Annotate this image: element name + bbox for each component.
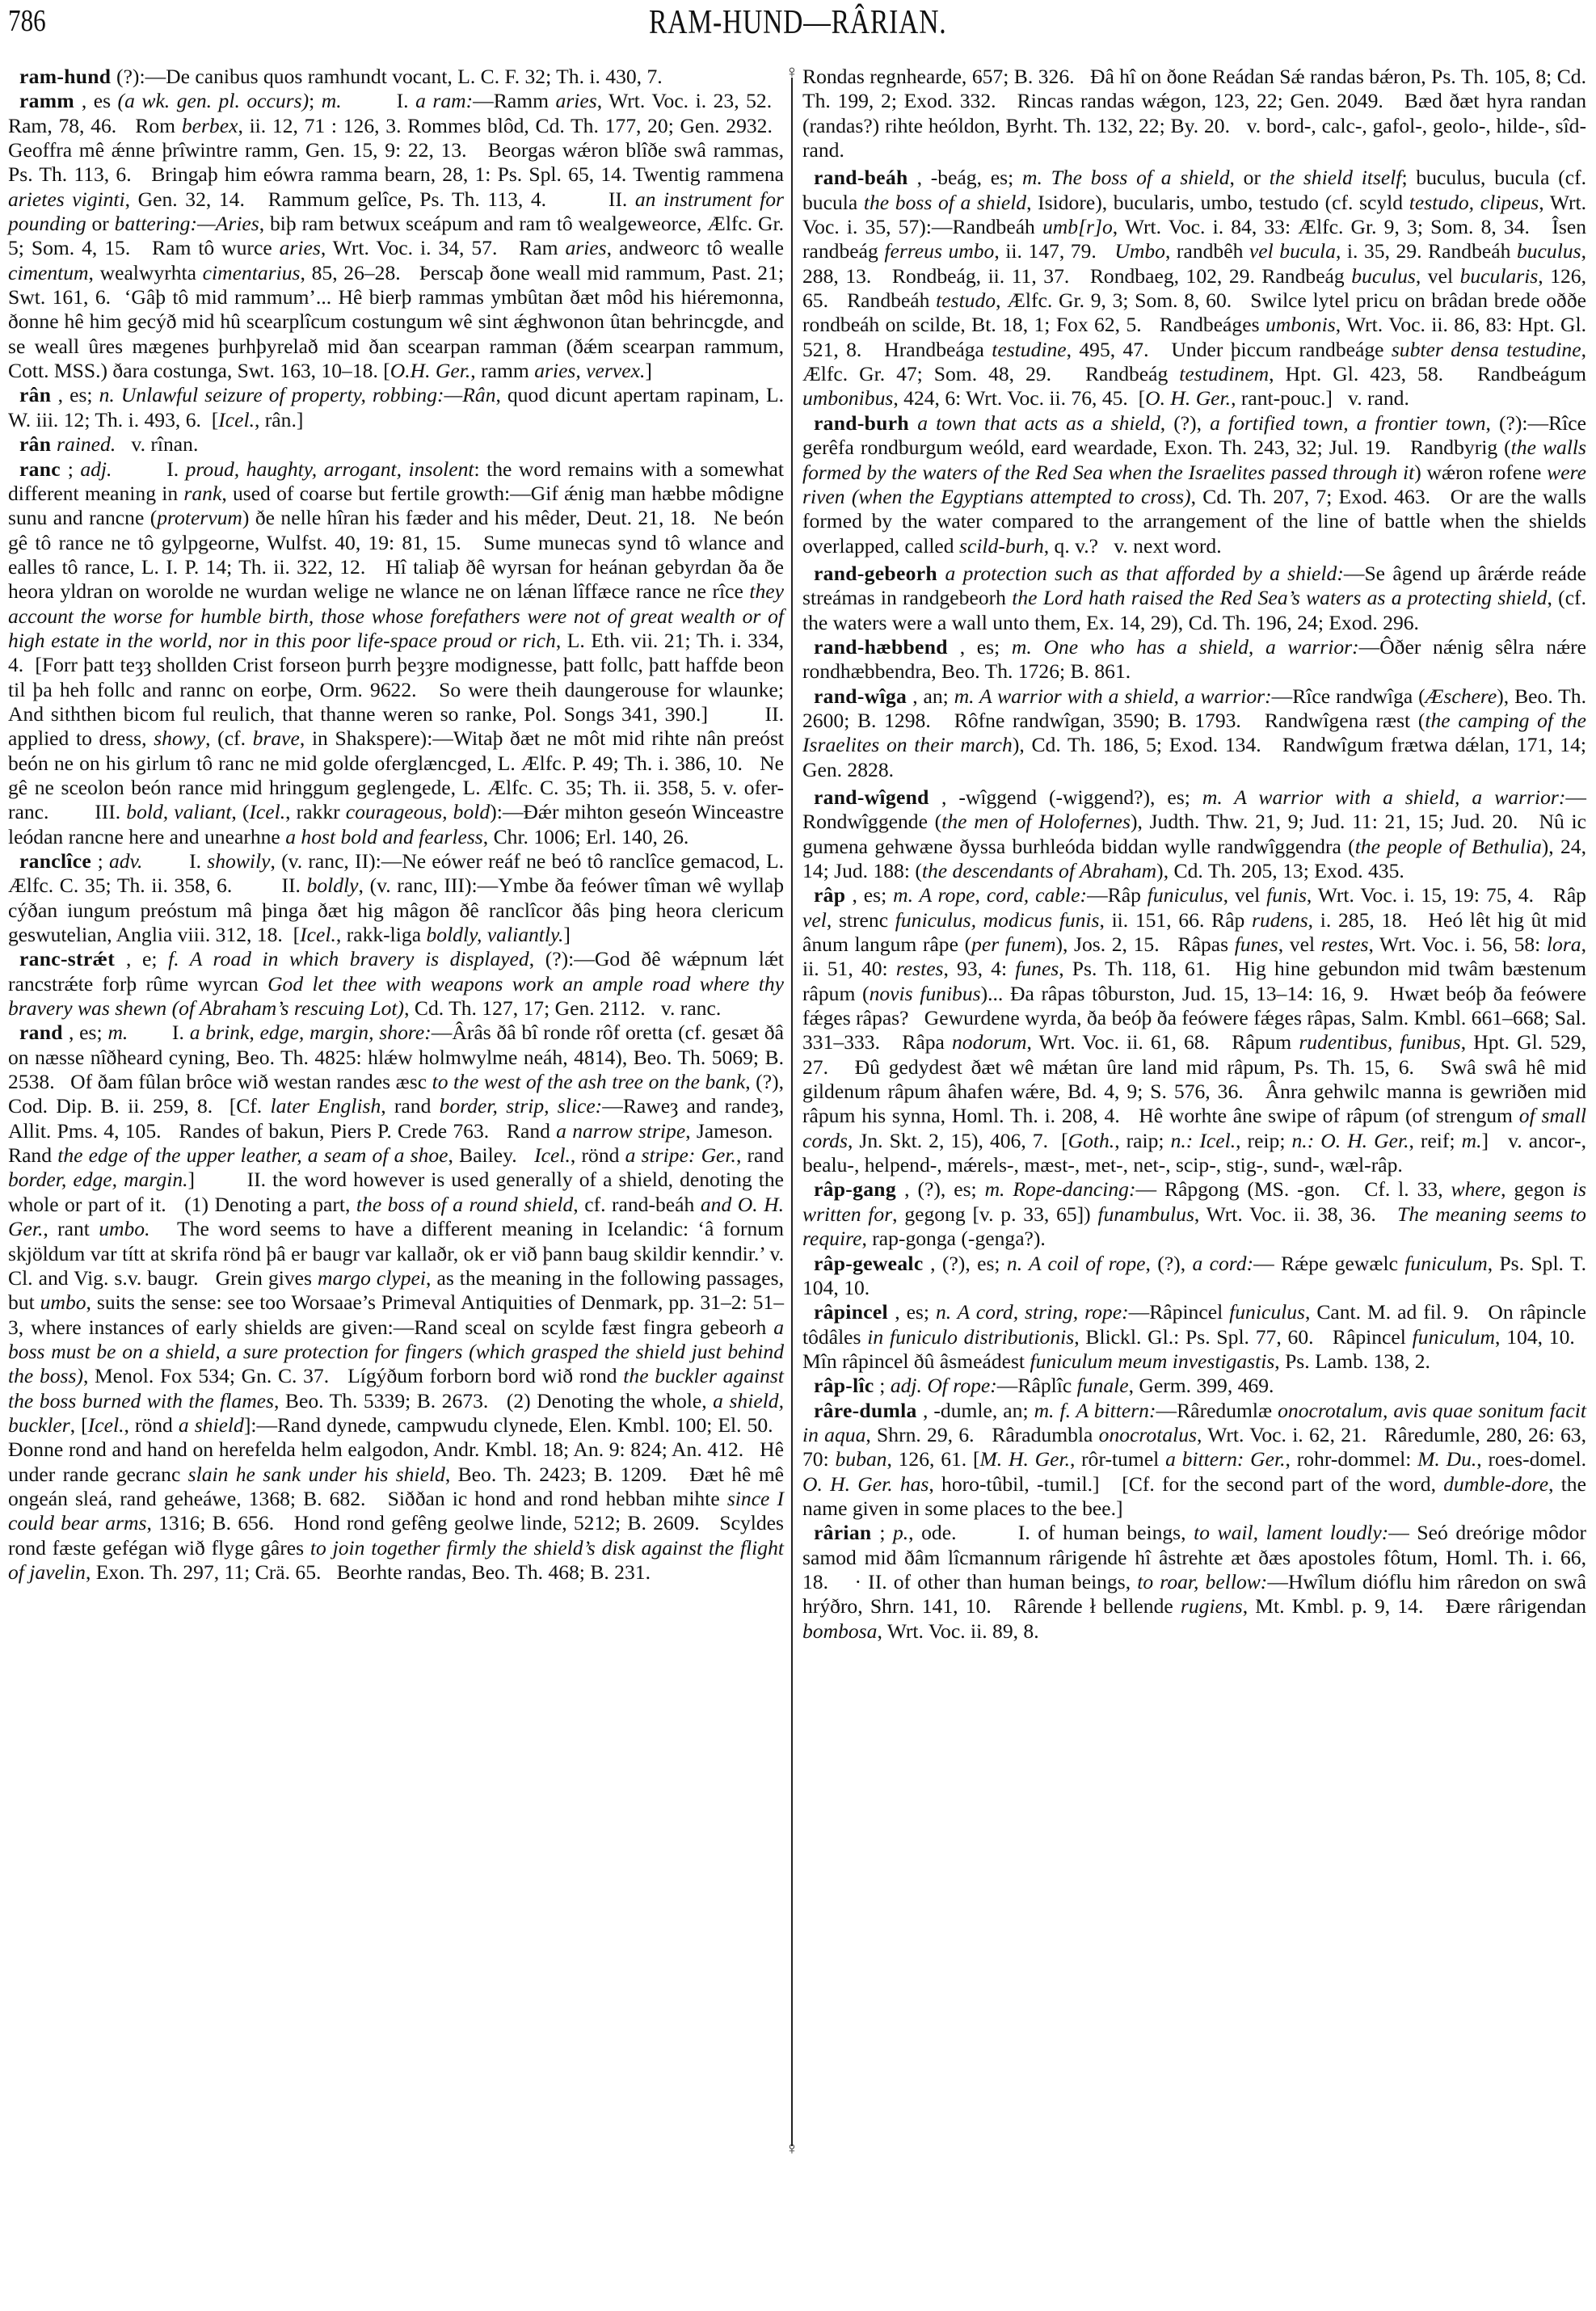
gloss-italic: showily xyxy=(207,849,270,873)
gloss-italic: adv. xyxy=(109,849,142,873)
gloss-italic: buban xyxy=(835,1447,886,1471)
gloss-italic: the people of Bethulia xyxy=(1355,835,1542,858)
gloss-italic: umb[r]o xyxy=(1042,215,1113,238)
gloss-italic: O.H. Ger. xyxy=(390,359,471,382)
gloss-italic: adj. Of rope: xyxy=(891,1374,997,1397)
gloss-italic: M. H. Ger. xyxy=(979,1447,1070,1471)
dictionary-entry: rand-burh a town that acts as a shield, … xyxy=(802,411,1586,558)
entry-text: , Hpt. Gl. 423, 58. Randbeágum xyxy=(1269,362,1586,385)
headword: rand-wîgend xyxy=(814,785,941,809)
entry-text: ), Cd. Th. 205, 13; Exod. 435. xyxy=(1156,859,1404,882)
gloss-italic: a fortified town, a frontier town xyxy=(1210,411,1485,435)
gloss-italic: restes xyxy=(1321,932,1369,956)
entry-text: ) wǽron rofene xyxy=(1414,461,1547,484)
entry-text: ), Jos. 2, 15. Râpas xyxy=(1055,932,1234,956)
entry-text: , Gen. 32, 14. Rammum gelîce, Ps. Th. 11… xyxy=(125,187,635,211)
entry-text: ] xyxy=(563,923,571,946)
gloss-italic: funiculum meum investigastis xyxy=(1030,1349,1274,1373)
entry-text: , rân.] xyxy=(255,408,303,431)
gloss-italic: Icel. xyxy=(300,923,336,946)
gloss-italic: later English xyxy=(270,1094,381,1118)
gloss-italic: O. H. Ger. has xyxy=(802,1472,929,1496)
headword: ramm xyxy=(19,89,82,112)
gloss-italic: m. A rope, cord, cable: xyxy=(893,883,1087,907)
gloss-italic: a host bold and fearless xyxy=(285,825,483,848)
gloss-italic: cimentarius xyxy=(203,261,301,284)
entry-text: ] xyxy=(645,359,652,382)
entry-text: —Râplîc xyxy=(997,1374,1077,1397)
column-rule xyxy=(791,78,793,2146)
entry-text: , rant-pouc.] v. rand. xyxy=(1231,386,1409,410)
gloss-italic: border, strip, slice: xyxy=(440,1094,603,1118)
headword: rân xyxy=(19,383,58,406)
entry-text: , horo-tûbil, -tumil.] [Cf. for the seco… xyxy=(929,1472,1443,1496)
left-column: ram-hund (?):—De canibus quos ramhundt v… xyxy=(8,65,784,1585)
entry-text: , gegon xyxy=(1501,1177,1573,1201)
entry-text: , -beág, es; xyxy=(917,166,1022,189)
gloss-italic: the boss of a shield xyxy=(864,191,1026,214)
gloss-italic: rank xyxy=(183,482,221,505)
entry-text: , rant xyxy=(43,1217,99,1240)
entry-text: , rand xyxy=(736,1143,784,1167)
entry-text: , e; xyxy=(126,947,168,970)
gloss-italic: m. Rope-dancing: xyxy=(985,1177,1136,1201)
entry-text: , Chr. 1006; Erl. 140, 26. xyxy=(483,825,689,848)
gloss-italic: arietes viginti xyxy=(8,187,125,211)
headword: rân xyxy=(19,432,57,456)
gloss-italic: Æschere xyxy=(1425,684,1497,708)
entry-text: , ramm xyxy=(470,359,534,382)
headword: rand-hæbbend xyxy=(814,635,960,659)
dictionary-entry: râp-gewealc , (?), es; n. A coil of rope… xyxy=(802,1252,1586,1301)
entry-text: , es; xyxy=(895,1300,936,1324)
entry-text: , Wrt. Voc. ii. 89, 8. xyxy=(877,1619,1038,1643)
entry-text: I. xyxy=(112,457,185,481)
entry-text: I. xyxy=(142,849,207,873)
entry-text: , vel xyxy=(1223,883,1266,907)
headword: rand-burh xyxy=(814,411,917,435)
running-head-text: RAM-HUND—RÂRIAN. xyxy=(649,3,946,42)
entry-text: —Râpincel xyxy=(1129,1300,1230,1324)
entry-text: , cf. rand-beáh xyxy=(573,1193,701,1216)
entry-text: , 126, 61. [ xyxy=(886,1447,979,1471)
headword: ram-hund xyxy=(19,65,116,88)
headword: ranc xyxy=(19,457,68,481)
gloss-italic: adj. xyxy=(80,457,112,481)
entry-text: , 93, 4: xyxy=(944,957,1016,980)
entry-text: , vel xyxy=(1278,932,1321,956)
dictionary-entry: ranc ; adj. I. proud, haughty, arrogant,… xyxy=(8,457,784,850)
headword: râp-gang xyxy=(814,1177,904,1201)
gloss-italic: a cord: xyxy=(1192,1252,1253,1275)
entry-text: , ii. 147, 79. xyxy=(994,239,1114,263)
dictionary-entry: Rondas regnhearde, 657; B. 326. Ðâ hî on… xyxy=(802,65,1586,162)
entry-text: ; xyxy=(68,457,81,481)
ornament-bottom-icon: ♀ xyxy=(785,2140,799,2157)
gloss-italic: rugiens xyxy=(1181,1594,1243,1618)
gloss-italic: battering:—Aries xyxy=(115,212,259,235)
gloss-italic: the descendants of Abraham xyxy=(922,859,1156,882)
gloss-italic: aries xyxy=(565,236,606,259)
entry-text: , an; xyxy=(912,684,954,708)
entry-text: , randbêh xyxy=(1165,239,1249,263)
entry-text: ; xyxy=(98,849,109,873)
gloss-italic: aries, vervex. xyxy=(534,359,645,382)
entry-text: , rönd xyxy=(571,1143,625,1167)
entry-text: , ( xyxy=(231,800,249,823)
gloss-italic: funiculus, modicus funis xyxy=(895,908,1100,932)
gloss-italic: m. f. A bittern: xyxy=(1034,1399,1156,1422)
gloss-italic: funiculus xyxy=(1148,883,1223,907)
gloss-italic: a protection such as that afforded by a … xyxy=(945,562,1344,585)
gloss-italic: umbonis xyxy=(1265,313,1336,336)
gloss-italic: Icel. xyxy=(88,1413,124,1437)
gloss-italic: f. A road in which bravery is displayed xyxy=(168,947,529,970)
entry-text: , 495, 47. Under þiccum randbeáge xyxy=(1067,338,1392,361)
entry-text: , q. v.? v. next word. xyxy=(1044,534,1222,558)
entry-text: , -wîggend (-wiggend?), es; xyxy=(941,785,1202,809)
gloss-italic: the Lord hath raised the Red Sea’s water… xyxy=(1012,586,1547,609)
gloss-italic: the boss of a round shield xyxy=(356,1193,573,1216)
entry-text: —Râredumlæ xyxy=(1156,1399,1278,1422)
entry-text: , ode. I. of human beings, xyxy=(908,1521,1194,1544)
headword: râp-lîc xyxy=(814,1374,879,1397)
gloss-italic: testudo, clipeus xyxy=(1409,191,1539,214)
gloss-italic: cimentum xyxy=(8,261,89,284)
entry-text: , (?), xyxy=(1160,411,1210,435)
gloss-italic: p. xyxy=(893,1521,908,1544)
dictionary-entry: râp , es; m. A rope, cord, cable:—Râp fu… xyxy=(802,883,1586,1177)
gloss-italic: in funiculo distributionis xyxy=(867,1325,1074,1349)
gloss-italic: umbo. xyxy=(99,1217,149,1240)
gloss-italic: restes xyxy=(896,957,944,980)
entry-text: , (?), es; xyxy=(904,1177,984,1201)
headword: râre-dumla xyxy=(814,1399,923,1422)
entry-text: , Wrt. Voc. i. 34, 57. Ram xyxy=(321,236,566,259)
gloss-italic: aries xyxy=(556,89,597,112)
gloss-italic: aries xyxy=(280,236,321,259)
gloss-italic: funambulus xyxy=(1097,1202,1194,1226)
headword: ranclîce xyxy=(19,849,98,873)
gloss-italic: funes xyxy=(1235,932,1278,956)
gloss-italic: berbex xyxy=(182,114,238,137)
gloss-italic: m. xyxy=(107,1021,128,1044)
dictionary-entry: râp-lîc ; adj. Of rope:—Râplîc funale, G… xyxy=(802,1374,1586,1398)
entry-text: , reif; xyxy=(1409,1129,1461,1152)
entry-text: , Isidore), bucularis, umbo, testudo (cf… xyxy=(1026,191,1409,214)
running-head: RAM-HUND—RÂRIAN. xyxy=(0,3,1596,42)
gloss-italic: bucularis xyxy=(1460,264,1539,288)
entry-text: , Beo. Th. 5339; B. 2673. (2) Denoting t… xyxy=(274,1389,713,1412)
gloss-italic: funes xyxy=(1015,957,1059,980)
entry-text: , rönd xyxy=(124,1413,178,1437)
entry-text: (?):—De canibus quos ramhundt vocant, L.… xyxy=(116,65,663,88)
dictionary-entry: rand-beáh , -beág, es; m. The boss of a … xyxy=(802,166,1586,410)
headword: râpincel xyxy=(814,1300,895,1324)
entry-text: , es; xyxy=(853,883,894,907)
gloss-italic: testudine xyxy=(992,338,1066,361)
headword: ranc-strǽt xyxy=(19,947,126,970)
gloss-italic: m. A warrior with a shield, a warrior: xyxy=(1202,785,1566,809)
entry-text: , es; xyxy=(960,635,1012,659)
entry-text: , rohr-dommel: xyxy=(1286,1447,1418,1471)
entry-text: ; xyxy=(879,1521,893,1544)
gloss-italic: funiculus xyxy=(1229,1300,1305,1324)
gloss-italic: funis xyxy=(1266,883,1307,907)
entry-text: —Ramm xyxy=(473,89,555,112)
dictionary-entry: rand , es; m. I. a brink, edge, margin, … xyxy=(8,1021,784,1585)
entry-text: , rap-gonga (-genga?). xyxy=(861,1227,1045,1250)
gloss-italic: m. xyxy=(1462,1129,1482,1152)
entry-text: , Blickl. Gl.: Ps. Spl. 77, 60. Râpincel xyxy=(1074,1325,1412,1349)
gloss-italic: scild-burh xyxy=(959,534,1044,558)
entry-text: , Ps. Lamb. 138, 2. xyxy=(1274,1349,1430,1373)
entry-text: , andweorc tô wealle xyxy=(607,236,784,259)
gloss-italic: courageous, bold xyxy=(346,800,490,823)
gloss-italic: bombosa xyxy=(802,1619,877,1643)
entry-text: , reip; xyxy=(1236,1129,1291,1152)
dictionary-entry: rârian ; p., ode. I. of human beings, to… xyxy=(802,1521,1586,1644)
entry-text: , (cf. xyxy=(205,726,252,750)
entry-text: , Bailey. xyxy=(448,1143,535,1167)
headword: rand-wîga xyxy=(814,684,912,708)
entry-text: , suits the sense: see too Worsaae’s Pri… xyxy=(8,1290,784,1338)
dictionary-entry: rand-wîgend , -wîggend (-wiggend?), es; … xyxy=(802,785,1586,883)
gloss-italic: n.: Icel. xyxy=(1171,1129,1236,1152)
gloss-italic: the edge of the upper leather, a seam of… xyxy=(57,1143,448,1167)
gloss-italic: a ram: xyxy=(415,89,473,112)
dictionary-entry: râre-dumla , -dumle, an; m. f. A bittern… xyxy=(802,1399,1586,1522)
entry-text: , es xyxy=(82,89,118,112)
gloss-italic: testudo xyxy=(936,288,996,312)
gloss-italic: the men of Holofernes xyxy=(941,810,1131,833)
entry-text: , Mt. Kmbl. p. 9, 14. Ðære rârigendan xyxy=(1243,1594,1586,1618)
right-column: Rondas regnhearde, 657; B. 326. Ðâ hî on… xyxy=(802,65,1586,1644)
gloss-italic: showy xyxy=(154,726,205,750)
entry-text: , i. 35, 29. Randbeáh xyxy=(1336,239,1517,263)
entry-text: , Menol. Fox 534; Gn. C. 37. Lígýðum for… xyxy=(83,1364,623,1387)
gloss-italic: buculus xyxy=(1351,264,1416,288)
headword: rand xyxy=(19,1021,69,1044)
gloss-italic: per funem xyxy=(971,932,1055,956)
gloss-italic: to the west of the ash tree on the bank xyxy=(432,1070,746,1093)
entry-text: v. rînan. xyxy=(116,432,198,456)
entry-text: , ii. 151, 66. Râp xyxy=(1099,908,1252,932)
entry-text: , Germ. 399, 469. xyxy=(1129,1374,1274,1397)
entry-text: , 424, 6: Wrt. Voc. ii. 76, 45. [ xyxy=(893,386,1145,410)
gloss-italic: O. H. Ger. xyxy=(1145,386,1231,410)
gloss-italic: brave xyxy=(253,726,300,750)
gloss-italic: Goth. xyxy=(1068,1129,1115,1152)
gloss-italic: vel bucula xyxy=(1249,239,1336,263)
gloss-italic: nodorum xyxy=(952,1030,1026,1054)
gloss-italic: boldly, valiantly. xyxy=(426,923,563,946)
gloss-italic: Icel. xyxy=(534,1143,571,1167)
entry-text: , wealwyrhta xyxy=(89,261,203,284)
entry-text: —Rîce rand­wîga ( xyxy=(1272,684,1425,708)
gloss-italic: rained. xyxy=(57,432,116,456)
gloss-italic: m. One who has a shield, a warrior: xyxy=(1012,635,1359,659)
gloss-italic: subter densa testudine xyxy=(1392,338,1581,361)
gloss-italic: a stripe: Ger. xyxy=(625,1143,736,1167)
dictionary-entry: ranc-strǽt , e; f. A road in which brave… xyxy=(8,947,784,1021)
dictionary-entry: rand-gebeorh a protection such as that a… xyxy=(802,562,1586,635)
gloss-italic: Umbo xyxy=(1114,239,1165,263)
headword: rand-gebeorh xyxy=(814,562,945,585)
dictionary-entry: ramm , es (a wk. gen. pl. occurs); m. I.… xyxy=(8,89,784,383)
gloss-italic: n. Unlawful seizure of property, robbing… xyxy=(99,383,496,406)
dictionary-entry: rand-wîga , an; m. A warrior with a shie… xyxy=(802,684,1586,782)
dictionary-entry: rân , es; n. Unlawful seizure of propert… xyxy=(8,383,784,432)
entry-text: , Cd. Th. 127, 17; Gen. 2112. v. ranc. xyxy=(404,996,721,1020)
gloss-italic: funiculum xyxy=(1404,1252,1487,1275)
gloss-italic: funiculum xyxy=(1413,1325,1495,1349)
gloss-italic: Icel. xyxy=(249,800,285,823)
entry-text: , Wrt. Voc. i. 15, 19: 75, 4. Râp xyxy=(1307,883,1586,907)
dictionary-entry: râp-gang , (?), es; m. Rope-dancing:— Râ… xyxy=(802,1177,1586,1251)
entry-text: I. xyxy=(128,1021,189,1044)
entry-text: , rand xyxy=(381,1094,439,1118)
gloss-italic: rudentibus, funibus xyxy=(1299,1030,1460,1054)
entry-text: , Jn. Skt. 2, 15), 406, 7. [ xyxy=(848,1129,1068,1152)
entry-text: —Râp xyxy=(1087,883,1148,907)
entry-text: , strenc xyxy=(827,908,895,932)
entry-text: , -dumle, an; xyxy=(923,1399,1034,1422)
gloss-italic: funale xyxy=(1077,1374,1129,1397)
entry-text: , rakkr xyxy=(285,800,346,823)
gloss-italic: boldly xyxy=(307,873,359,897)
gloss-italic: to wail, lament loudly: xyxy=(1194,1521,1388,1544)
entry-text: , gegong [v. p. 33, 65]) xyxy=(892,1202,1097,1226)
entry-text: ; xyxy=(309,89,322,112)
headword: rand-beáh xyxy=(814,166,917,189)
entry-text: — Rǽpe gewælc xyxy=(1253,1252,1404,1275)
gloss-italic: lora xyxy=(1547,932,1581,956)
entry-text: I. xyxy=(342,89,415,112)
entry-text: , [ xyxy=(70,1413,88,1437)
gloss-italic: where xyxy=(1451,1177,1501,1201)
entry-text: , Wrt. Voc. ii. 61, 68. Râpum xyxy=(1026,1030,1299,1054)
gloss-italic: vel xyxy=(802,908,827,932)
entry-text: , rakk-liga xyxy=(336,923,427,946)
gloss-italic: a brink, edge, margin, shore: xyxy=(190,1021,432,1044)
dictionary-entry: ram-hund (?):—De canibus quos ramhundt v… xyxy=(8,65,784,89)
entry-text: , vel xyxy=(1416,264,1460,288)
gloss-italic: M. Du. xyxy=(1417,1447,1476,1471)
entry-text: — Râpgong (MS. -gon. Cf. l. 33, xyxy=(1135,1177,1451,1201)
gloss-italic: a town that acts as a shield xyxy=(917,411,1160,435)
gloss-italic: n. A cord, string, rope: xyxy=(936,1300,1129,1324)
entry-text: , es; xyxy=(58,383,99,406)
gloss-italic: the shield itself xyxy=(1270,166,1402,189)
gloss-italic: bold, valiant xyxy=(126,800,231,823)
gloss-italic: m. The boss of a shield xyxy=(1022,166,1230,189)
headword: rârian xyxy=(814,1521,879,1544)
gloss-italic: m. xyxy=(322,89,342,112)
gloss-italic: (a wk. gen. pl. occurs) xyxy=(118,89,310,112)
gloss-italic: dumble-dore xyxy=(1443,1472,1548,1496)
dictionary-entry: rand-hæbbend , es; m. One who has a shie… xyxy=(802,635,1586,684)
gloss-italic: protervum xyxy=(157,506,242,529)
gloss-italic: ferreus umbo xyxy=(884,239,994,263)
gloss-italic: a shield xyxy=(179,1413,244,1437)
dictionary-entry: rân rained. v. rînan. xyxy=(8,432,784,457)
gloss-italic: umbo xyxy=(40,1290,86,1314)
gloss-italic: to roar, bellow: xyxy=(1137,1570,1267,1593)
entry-text: , Shrn. 29, 6. Râradumbla xyxy=(865,1423,1098,1446)
entry-text: , or xyxy=(1230,166,1270,189)
entry-text: , Wrt. Voc. ii. 38, 36. xyxy=(1194,1202,1397,1226)
gloss-italic: n.: O. H. Ger. xyxy=(1292,1129,1409,1152)
gloss-italic: testudinem xyxy=(1179,362,1269,385)
entry-text: , Exon. Th. 297, 11; Crä. 65. Beorhte ra… xyxy=(86,1560,651,1584)
headword: râp-gewealc xyxy=(814,1252,930,1275)
gloss-italic: n. A coil of rope xyxy=(1007,1252,1146,1275)
gloss-italic: a narrow stripe xyxy=(556,1119,685,1143)
gloss-italic: m. A warrior with a shield, a warrior: xyxy=(954,684,1272,708)
dictionary-entry: râpincel , es; n. A cord, string, rope:—… xyxy=(802,1300,1586,1374)
entry-text: , raip; xyxy=(1114,1129,1170,1152)
entry-text: Rondas regnhearde, 657; B. 326. Ðâ hî on… xyxy=(802,65,1586,162)
entry-text: , rôr-tumel xyxy=(1070,1447,1165,1471)
gloss-italic: buculus xyxy=(1517,239,1581,263)
entry-text: or xyxy=(86,212,115,235)
gloss-italic: margo clypei xyxy=(318,1266,426,1290)
gloss-italic: Icel. xyxy=(218,408,255,431)
gloss-italic: onocrotalus xyxy=(1099,1423,1197,1446)
entry-text: ; xyxy=(879,1374,891,1397)
entry-text: , es; xyxy=(69,1021,107,1044)
dictionary-entry: ranclîce ; adv. I. showily, (v. ranc, II… xyxy=(8,849,784,947)
entry-text: , Wrt. Voc. i. 56, 58: xyxy=(1368,932,1546,956)
entry-text: , roes-domel. xyxy=(1476,1447,1586,1471)
gloss-italic: proud, haughty, arrogant, insolent xyxy=(186,457,474,481)
gloss-italic: rudens xyxy=(1252,908,1308,932)
gloss-italic: umbonibus xyxy=(802,386,893,410)
headword: râp xyxy=(814,883,853,907)
gloss-italic: slain he sank under his shield xyxy=(188,1463,445,1486)
gloss-italic: border, edge, margin. xyxy=(8,1168,188,1191)
entry-text: , (?), xyxy=(1146,1252,1193,1275)
entry-text: , (?), es; xyxy=(930,1252,1007,1275)
gloss-italic: novis funibus xyxy=(870,982,981,1005)
gloss-italic: a bittern: Ger. xyxy=(1165,1447,1285,1471)
